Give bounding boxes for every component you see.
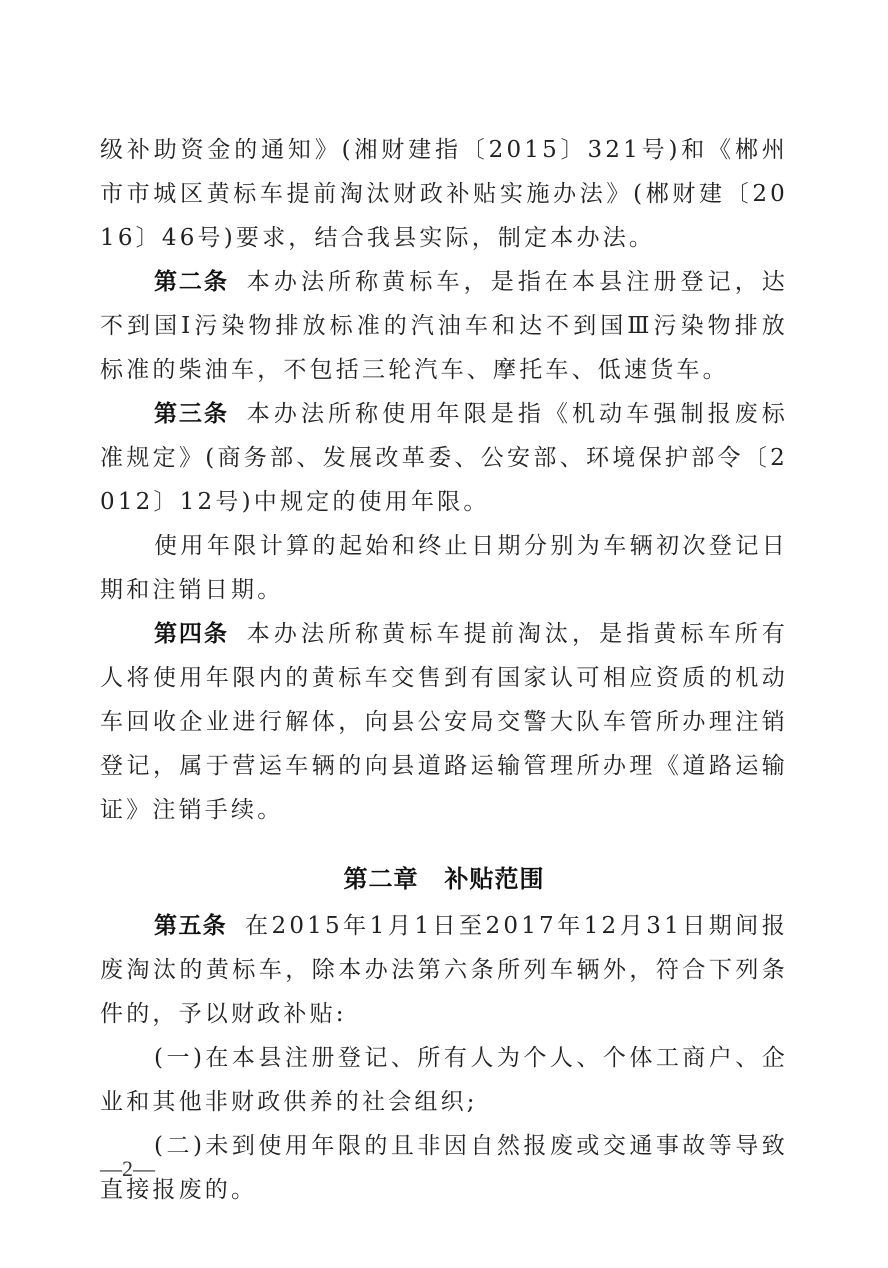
usage-period-paragraph: 使用年限计算的起始和终止日期分别为车辆初次登记日期和注销日期。 (100, 524, 788, 612)
article-number: 第四条 (154, 621, 229, 647)
article-number: 第二条 (154, 269, 229, 295)
condition-2-paragraph: (二)未到使用年限的且非因自然报废或交通事故等导致直接报废的。 (100, 1124, 788, 1212)
article-3-paragraph: 第三条本办法所称使用年限是指《机动车强制报废标准规定》(商务部、发展改革委、公安… (100, 392, 788, 524)
paragraph-text: 级补助资金的通知》(湘财建指〔2015〕321号)和《郴州市市城区黄标车提前淘汰… (100, 137, 788, 251)
paragraph-text: 使用年限计算的起始和终止日期分别为车辆初次登记日期和注销日期。 (100, 533, 788, 603)
article-2-paragraph: 第二条本办法所称黄标车，是指在本县注册登记，达不到国Ⅰ污染物排放标准的汽油车和达… (100, 260, 788, 392)
paragraph-continuation: 级补助资金的通知》(湘财建指〔2015〕321号)和《郴州市市城区黄标车提前淘汰… (100, 128, 788, 260)
article-5-paragraph: 第五条在2015年1月1日至2017年12月31日期间报废淘汰的黄标车，除本办法… (100, 904, 788, 1036)
chapter-title: 补贴范围 (445, 865, 545, 893)
page-number: —2— (100, 1156, 155, 1182)
condition-1-paragraph: (一)在本县注册登记、所有人为个人、个体工商户、企业和其他非财政供养的社会组织; (100, 1036, 788, 1124)
paragraph-text: (二)未到使用年限的且非因自然报废或交通事故等导致直接报废的。 (100, 1133, 788, 1203)
paragraph-text: 本办法所称黄标车提前淘汰，是指黄标车所有人将使用年限内的黄标车交售到有国家认可相… (100, 621, 788, 823)
chapter-heading: 第二章补贴范围 (100, 854, 788, 904)
article-number: 第三条 (154, 401, 229, 427)
chapter-number: 第二章 (344, 865, 419, 893)
article-4-paragraph: 第四条本办法所称黄标车提前淘汰，是指黄标车所有人将使用年限内的黄标车交售到有国家… (100, 612, 788, 832)
paragraph-text: (一)在本县注册登记、所有人为个人、个体工商户、企业和其他非财政供养的社会组织; (100, 1045, 788, 1115)
document-page: 级补助资金的通知》(湘财建指〔2015〕321号)和《郴州市市城区黄标车提前淘汰… (0, 0, 888, 1268)
article-number: 第五条 (154, 913, 227, 939)
document-body: 级补助资金的通知》(湘财建指〔2015〕321号)和《郴州市市城区黄标车提前淘汰… (100, 128, 788, 1212)
